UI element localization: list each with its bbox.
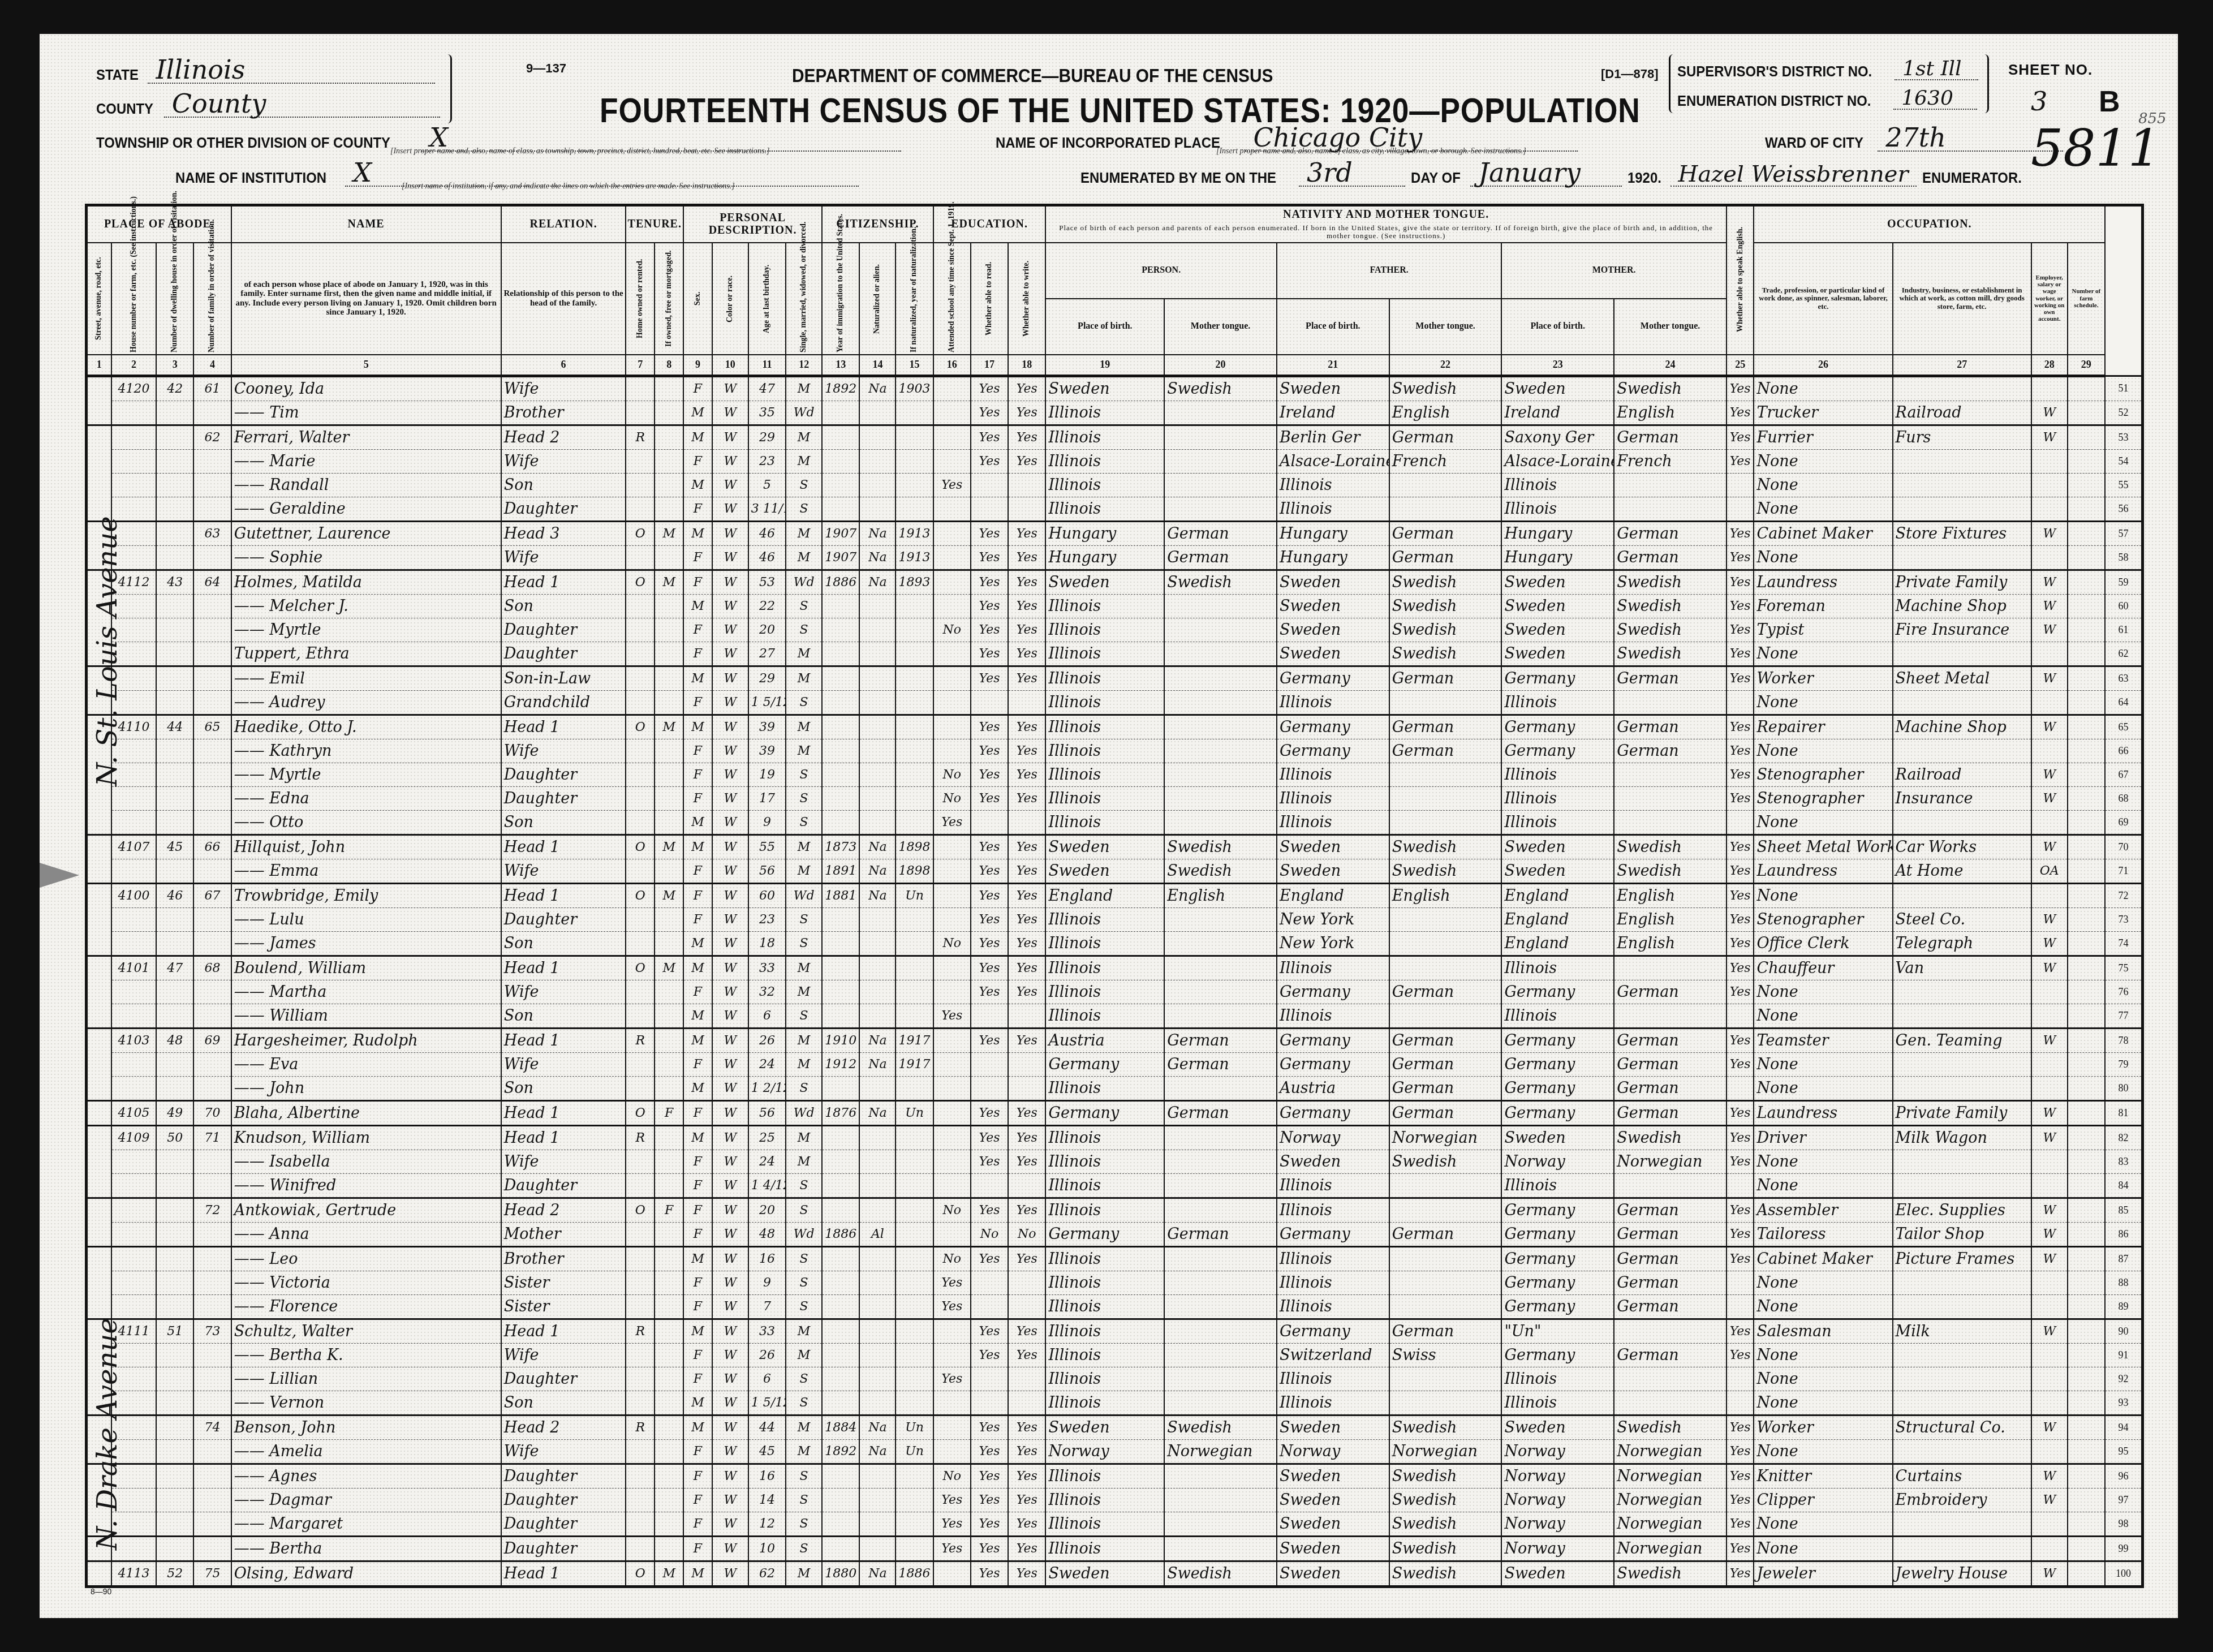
father-birthplace: Illinois (1277, 786, 1389, 810)
sex: F (683, 1488, 712, 1512)
line-number: 84 (2105, 1173, 2143, 1198)
col-17-header: Whether able to read. (971, 243, 1008, 355)
able-to-read: Yes (971, 1246, 1008, 1271)
attended-school (933, 594, 971, 618)
attended-school (933, 449, 971, 473)
marital-status: M (786, 1319, 822, 1343)
speaks-english: Yes (1727, 883, 1754, 907)
family-number (193, 1294, 231, 1319)
naturalization-year (895, 642, 933, 666)
color-race: W (712, 497, 748, 521)
table-row: —— WinifredDaughterFW1 4/12SIllinoisIlli… (87, 1173, 2143, 1198)
mother-birthplace: Sweden (1501, 618, 1614, 642)
speaks-english: Yes (1727, 1512, 1754, 1536)
column-number: 25 (1727, 355, 1754, 376)
mother-tongue: Swedish (1164, 1415, 1277, 1439)
free-mortgaged (655, 1028, 683, 1052)
dwelling-number (156, 666, 193, 690)
birthplace: Illinois (1045, 786, 1164, 810)
column-number: 2 (111, 355, 156, 376)
column-number: 1 (87, 355, 111, 376)
father-mother-tongue: Swedish (1389, 859, 1502, 883)
house-number (111, 1173, 156, 1198)
birthplace: Illinois (1045, 1271, 1164, 1294)
employer-class (2031, 1367, 2068, 1391)
mother-birthplace: Germany (1501, 980, 1614, 1004)
table-row: —— MarthaWifeFW32MYesYesIllinoisGermanyG… (87, 980, 2143, 1004)
person-name: —— Agnes (231, 1464, 501, 1488)
attended-school (933, 1150, 971, 1173)
father-birthplace: Sweden (1277, 1536, 1389, 1561)
table-row: —— SophieWifeFW46M1907Na1913YesYesHungar… (87, 545, 2143, 570)
house-number: 4103 (111, 1028, 156, 1052)
free-mortgaged (655, 1488, 683, 1512)
house-number (111, 931, 156, 956)
attended-school (933, 401, 971, 425)
mother-tongue (1164, 449, 1277, 473)
occupation: Typist (1754, 618, 1892, 642)
mother-mother-tongue: German (1614, 1198, 1727, 1222)
occupation: None (1754, 1512, 1892, 1536)
col-12-header: Single, married, widowed, or divorced. (786, 243, 822, 355)
naturalization-year: 1917 (895, 1028, 933, 1052)
father-mother-tongue (1389, 1198, 1502, 1222)
able-to-write: Yes (1008, 1561, 1045, 1586)
home-owned-rented: O (626, 1100, 655, 1125)
speaks-english: Yes (1727, 1343, 1754, 1367)
mother-birthplace: Hungary (1501, 521, 1614, 545)
able-to-read (971, 1391, 1008, 1415)
table-row: —— FlorenceSisterFW7SYesIllinoisIllinois… (87, 1294, 2143, 1319)
mother-birthplace: Illinois (1501, 786, 1614, 810)
industry: Van (1893, 956, 2031, 980)
naturalized: Na (859, 1415, 895, 1439)
sheet-number: 3 (2031, 86, 2047, 117)
mother-tongue (1164, 1125, 1277, 1150)
home-owned-rented (626, 545, 655, 570)
father-mother-tongue: German (1389, 739, 1502, 763)
immigration-year (822, 1512, 859, 1536)
able-to-read: Yes (971, 545, 1008, 570)
line-number: 81 (2105, 1100, 2143, 1125)
mother-mother-tongue (1614, 956, 1727, 980)
farm-schedule (2068, 1100, 2105, 1125)
marital-status: M (786, 956, 822, 980)
table-row: —— VernonSonMW1 5/12SIllinoisIllinoisIll… (87, 1391, 2143, 1415)
industry (1893, 1536, 2031, 1561)
father-mother-tongue (1389, 1004, 1502, 1028)
immigration-year (822, 956, 859, 980)
sex: F (683, 376, 712, 401)
free-mortgaged (655, 666, 683, 690)
father-birthplace: England (1277, 883, 1389, 907)
employer-class (2031, 376, 2068, 401)
relationship: Wife (501, 1439, 626, 1464)
attended-school (933, 1343, 971, 1367)
speaks-english (1727, 1271, 1754, 1294)
col-26-header: Trade, profession, or particular kind of… (1754, 243, 1892, 355)
industry: Fire Insurance (1893, 618, 2031, 642)
naturalized: Na (859, 859, 895, 883)
dwelling-number (156, 786, 193, 810)
speaks-english: Yes (1727, 1150, 1754, 1173)
free-mortgaged (655, 1415, 683, 1439)
dwelling-number (156, 1464, 193, 1488)
immigration-year (822, 715, 859, 739)
immigration-year (822, 1076, 859, 1100)
mother-mother-tongue: Swedish (1614, 570, 1727, 594)
table-row: 41014768Boulend, WilliamHead 1OMMW33MYes… (87, 956, 2143, 980)
dwelling-number (156, 859, 193, 883)
father-birthplace: Illinois (1277, 1271, 1389, 1294)
person-name: Knudson, William (231, 1125, 501, 1150)
person-name: Boulend, William (231, 956, 501, 980)
color-race: W (712, 907, 748, 931)
occupation: Laundress (1754, 1100, 1892, 1125)
line-number: 62 (2105, 642, 2143, 666)
home-owned-rented (626, 1512, 655, 1536)
occupation: None (1754, 1271, 1892, 1294)
marital-status: M (786, 642, 822, 666)
employer-class (2031, 1004, 2068, 1028)
person-name: —— Kathryn (231, 739, 501, 763)
father-birthplace: Germany (1277, 715, 1389, 739)
dwelling-number (156, 1076, 193, 1100)
age: 26 (748, 1028, 786, 1052)
free-mortgaged (655, 1052, 683, 1076)
father-birthplace: New York (1277, 907, 1389, 931)
father-birthplace: Sweden (1277, 1150, 1389, 1173)
column-number: 24 (1614, 355, 1727, 376)
place-label: NAME OF INCORPORATED PLACE (996, 134, 1220, 152)
dwelling-number (156, 545, 193, 570)
birthplace: Illinois (1045, 931, 1164, 956)
person-name: —— Randall (231, 473, 501, 497)
speaks-english: Yes (1727, 425, 1754, 449)
father-birthplace: Sweden (1277, 642, 1389, 666)
naturalization-year (895, 497, 933, 521)
person-name: Cooney, Ida (231, 376, 501, 401)
mother-tongue: German (1164, 1028, 1277, 1052)
speaks-english: Yes (1727, 666, 1754, 690)
dwelling-number (156, 1512, 193, 1536)
attended-school (933, 715, 971, 739)
industry: Car Works (1893, 834, 2031, 859)
age: 6 (748, 1367, 786, 1391)
age: 39 (748, 739, 786, 763)
form-code: [D1—878] (1601, 67, 1658, 81)
family-number (193, 1076, 231, 1100)
marital-status: M (786, 1343, 822, 1367)
table-row: —— JohnSonMW1 2/12SIllinoisAustriaGerman… (87, 1076, 2143, 1100)
father-mother-tongue: Swedish (1389, 1512, 1502, 1536)
color-race: W (712, 1367, 748, 1391)
line-number: 70 (2105, 834, 2143, 859)
family-number: 68 (193, 956, 231, 980)
col-7-header: Home owned or rented. (626, 243, 655, 355)
home-owned-rented (626, 690, 655, 715)
naturalized: Na (859, 1439, 895, 1464)
occupation: None (1754, 1076, 1892, 1100)
enumerated-label: ENUMERATED BY ME ON THE (1080, 169, 1276, 187)
line-number: 78 (2105, 1028, 2143, 1052)
speaks-english (1727, 473, 1754, 497)
dwelling-number: 47 (156, 956, 193, 980)
home-owned-rented (626, 1391, 655, 1415)
naturalized (859, 980, 895, 1004)
industry (1893, 1512, 2031, 1536)
occupation: None (1754, 1052, 1892, 1076)
age: 10 (748, 1536, 786, 1561)
naturalization-year (895, 425, 933, 449)
mother-birthplace: Norway (1501, 1536, 1614, 1561)
naturalized: Al (859, 1222, 895, 1246)
mother-tongue (1164, 401, 1277, 425)
father-birthplace: Germany (1277, 1222, 1389, 1246)
father-mother-tongue: German (1389, 521, 1502, 545)
mother-tongue (1164, 1198, 1277, 1222)
speaks-english: Yes (1727, 956, 1754, 980)
mother-mother-tongue (1614, 497, 1727, 521)
street-cell (87, 376, 111, 401)
home-owned-rented: O (626, 1561, 655, 1586)
sex: M (683, 1561, 712, 1586)
margin-annotation: 5811 (2031, 119, 2160, 178)
relationship: Wife (501, 980, 626, 1004)
father-mother-tongue (1389, 763, 1502, 786)
naturalization-year (895, 1319, 933, 1343)
mother-tongue (1164, 1464, 1277, 1488)
marital-status: M (786, 1150, 822, 1173)
marital-status: S (786, 1246, 822, 1271)
family-number: 67 (193, 883, 231, 907)
birthplace: Illinois (1045, 449, 1164, 473)
person-name: Hargesheimer, Rudolph (231, 1028, 501, 1052)
ward-field: WARD OF CITY 27th (1765, 124, 2063, 152)
relationship: Brother (501, 401, 626, 425)
father-mother-tongue: German (1389, 425, 1502, 449)
mother-tongue (1164, 907, 1277, 931)
mother-tongue (1164, 642, 1277, 666)
naturalization-year (895, 666, 933, 690)
naturalization-year (895, 1173, 933, 1198)
naturalized (859, 1343, 895, 1367)
employer-class: W (2031, 1028, 2068, 1052)
person-name: Olsing, Edward (231, 1561, 501, 1586)
relationship: Son (501, 1076, 626, 1100)
table-row: 41135275Olsing, EdwardHead 1OMMW62M1880N… (87, 1561, 2143, 1586)
industry (1893, 810, 2031, 834)
relationship: Wife (501, 1052, 626, 1076)
marital-status: S (786, 1391, 822, 1415)
age: 47 (748, 376, 786, 401)
street-cell (87, 1004, 111, 1028)
father-mother-tongue: German (1389, 980, 1502, 1004)
free-mortgaged (655, 1125, 683, 1150)
dwelling-number (156, 1415, 193, 1439)
family-number (193, 1271, 231, 1294)
dwelling-number (156, 690, 193, 715)
house-number (111, 1150, 156, 1173)
family-number (193, 1512, 231, 1536)
able-to-read (971, 1367, 1008, 1391)
col-18-header: Whether able to write. (1008, 243, 1045, 355)
farm-schedule (2068, 1319, 2105, 1343)
dwelling-number: 48 (156, 1028, 193, 1052)
immigration-year: 1907 (822, 545, 859, 570)
dwelling-number (156, 739, 193, 763)
immigration-year (822, 739, 859, 763)
column-number: 15 (895, 355, 933, 376)
speaks-english: Yes (1727, 763, 1754, 786)
father-mother-tongue: German (1389, 1076, 1502, 1100)
marital-status: M (786, 425, 822, 449)
farm-schedule (2068, 1391, 2105, 1415)
color-race: W (712, 1536, 748, 1561)
street-label-drake: N. Drake Avenue (92, 1199, 123, 1550)
col-29-header: Number of farm schedule. (2068, 243, 2105, 355)
dwelling-number (156, 1343, 193, 1367)
sex: M (683, 1391, 712, 1415)
col-9-header: Sex. (683, 243, 712, 355)
occupation: Foreman (1754, 594, 1892, 618)
table-row: —— LuluDaughterFW23SYesYesIllinoisNew Yo… (87, 907, 2143, 931)
naturalized (859, 473, 895, 497)
father-birthplace: Illinois (1277, 1367, 1389, 1391)
employer-class (2031, 1294, 2068, 1319)
marital-status: S (786, 1512, 822, 1536)
home-owned-rented: R (626, 1319, 655, 1343)
table-row: —— EvaWifeFW24M1912Na1917GermanyGermanGe… (87, 1052, 2143, 1076)
dwelling-number: 50 (156, 1125, 193, 1150)
farm-schedule (2068, 545, 2105, 570)
employer-class: W (2031, 1125, 2068, 1150)
father-birthplace: Illinois (1277, 1173, 1389, 1198)
employer-class: W (2031, 1222, 2068, 1246)
naturalized: Na (859, 883, 895, 907)
attended-school: No (933, 618, 971, 642)
line-number: 52 (2105, 401, 2143, 425)
occupation: None (1754, 1536, 1892, 1561)
attended-school: No (933, 1464, 971, 1488)
occupation: None (1754, 497, 1892, 521)
column-number: 26 (1754, 355, 1892, 376)
free-mortgaged (655, 1367, 683, 1391)
able-to-write: Yes (1008, 980, 1045, 1004)
ward-label: WARD OF CITY (1765, 134, 1863, 152)
industry: Gen. Teaming (1893, 1028, 2031, 1052)
industry: Store Fixtures (1893, 521, 2031, 545)
able-to-read: Yes (971, 763, 1008, 786)
father-birthplace: Germany (1277, 1100, 1389, 1125)
able-to-write: Yes (1008, 1125, 1045, 1150)
dwelling-number (156, 497, 193, 521)
birthplace: Germany (1045, 1100, 1164, 1125)
home-owned-rented: R (626, 1415, 655, 1439)
group-relation: RELATION. (501, 205, 626, 243)
immigration-year (822, 497, 859, 521)
speaks-english: Yes (1727, 739, 1754, 763)
day-of-label: DAY OF (1411, 169, 1461, 187)
family-number: 66 (193, 834, 231, 859)
enumerated-day: 3rd (1299, 160, 1405, 187)
age: 56 (748, 859, 786, 883)
able-to-read: Yes (971, 956, 1008, 980)
color-race: W (712, 642, 748, 666)
dwelling-number (156, 594, 193, 618)
age: 1 4/12 (748, 1173, 786, 1198)
mother-birthplace: Germany (1501, 1246, 1614, 1271)
farm-schedule (2068, 1125, 2105, 1150)
able-to-read: Yes (971, 1439, 1008, 1464)
person-name: —— Leo (231, 1246, 501, 1271)
relationship: Head 1 (501, 1028, 626, 1052)
family-number (193, 980, 231, 1004)
farm-schedule (2068, 1294, 2105, 1319)
person-name: Gutettner, Laurence (231, 521, 501, 545)
sex: F (683, 570, 712, 594)
naturalized (859, 1367, 895, 1391)
table-row: —— BerthaDaughterFW10SYesYesYesIllinoisS… (87, 1536, 2143, 1561)
home-owned-rented (626, 497, 655, 521)
mother-tongue (1164, 1343, 1277, 1367)
mother-birthplace: Germany (1501, 1076, 1614, 1100)
age: 9 (748, 810, 786, 834)
able-to-read (971, 497, 1008, 521)
attended-school (933, 570, 971, 594)
col-2-header: House number or farm, etc. (See instruct… (111, 243, 156, 355)
marital-status: M (786, 1415, 822, 1439)
mother-tongue (1164, 497, 1277, 521)
mother-birthplace: Ireland (1501, 401, 1614, 425)
line-number: 53 (2105, 425, 2143, 449)
family-number (193, 859, 231, 883)
father-mother-tongue: Swiss (1389, 1343, 1502, 1367)
home-owned-rented (626, 739, 655, 763)
mother-tongue (1164, 1391, 1277, 1415)
farm-schedule (2068, 594, 2105, 618)
occupation: Office Clerk (1754, 931, 1892, 956)
naturalized (859, 666, 895, 690)
able-to-read: Yes (971, 376, 1008, 401)
mother-tongue (1164, 931, 1277, 956)
industry: Private Family (1893, 570, 2031, 594)
able-to-read: Yes (971, 666, 1008, 690)
group-name: NAME (231, 205, 501, 243)
mother-birthplace: Germany (1501, 1052, 1614, 1076)
person-name: —— Winifred (231, 1173, 501, 1198)
color-race: W (712, 1319, 748, 1343)
family-number: 65 (193, 715, 231, 739)
employer-class (2031, 1173, 2068, 1198)
able-to-write (1008, 1271, 1045, 1294)
birthplace: Illinois (1045, 497, 1164, 521)
age: 17 (748, 786, 786, 810)
immigration-year (822, 594, 859, 618)
line-number: 54 (2105, 449, 2143, 473)
farm-schedule (2068, 1150, 2105, 1173)
color-race: W (712, 666, 748, 690)
line-number: 96 (2105, 1464, 2143, 1488)
farm-schedule (2068, 376, 2105, 401)
table-row: 41004667Trowbridge, EmilyHead 1OMFW60Wd1… (87, 883, 2143, 907)
occupation: None (1754, 545, 1892, 570)
mother-tongue (1164, 715, 1277, 739)
attended-school (933, 1415, 971, 1439)
mother-mother-tongue: Swedish (1614, 618, 1727, 642)
occupation: Stenographer (1754, 907, 1892, 931)
street-cell (87, 786, 111, 810)
